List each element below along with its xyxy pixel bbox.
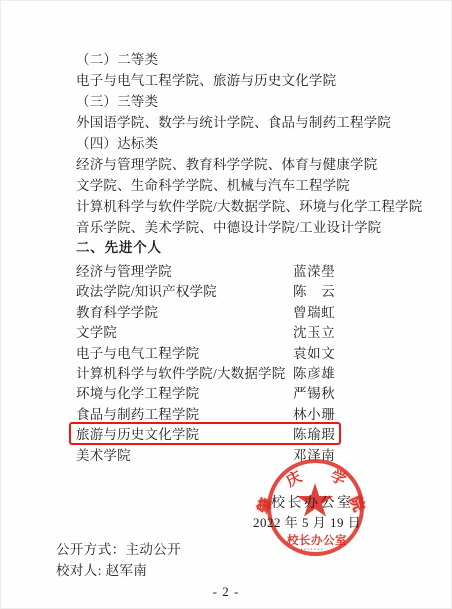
individuals-table: 经济与管理学院 蓝溁壆 政法学院/知识产权学院 陈 云 教育科学学院 曾瑞虹 文… (76, 260, 441, 464)
stamp-office-text: 校长办公室 (271, 492, 354, 512)
seal-bottom-marks: ••••••••• (294, 548, 324, 553)
award-recipients-line: 电子与电气工程学院、旅游与历史文化学院 (76, 69, 441, 90)
name-cell: 袁如文 (293, 342, 335, 362)
table-row: 经济与管理学院 蓝溁壆 (76, 260, 441, 280)
table-row: 食品与制药工程学院 林小珊 (76, 403, 441, 423)
name-cell: 陈彦雄 (293, 362, 335, 382)
stamp-date-text: 2022 年 5 月 19 日 (253, 512, 361, 531)
name-cell: 沈玉立 (293, 321, 335, 341)
table-row: 美术学院 邓泽南 (76, 443, 441, 463)
award-recipients-line: 计算机科学与软件学院/大数据学院、环境与化学工程学院 (76, 194, 441, 215)
table-row: 教育科学学院 曾瑞虹 (76, 301, 441, 321)
name-cell: 严锡秋 (293, 382, 335, 402)
name-cell: 蓝溁壆 (293, 260, 335, 280)
page-number: - 2 - (1, 584, 451, 600)
college-cell: 文学院 (76, 321, 293, 341)
award-recipients-line: 文学院、生命科学学院、机械与汽车工程学院 (76, 173, 441, 194)
award-recipients-line: 经济与管理学院、教育科学学院、体育与健康学院 (76, 152, 441, 173)
table-row: 计算机科学与软件学院/大数据学院 陈彦雄 (76, 362, 441, 382)
proofreader-line: 校对人: 赵军南 (56, 559, 147, 579)
seal-arc-char: 学 (327, 465, 349, 490)
award-recipients-line: 外国语学院、数学与统计学院、食品与制药工程学院 (76, 111, 441, 132)
college-cell: 政法学院/知识产权学院 (76, 280, 293, 300)
college-cell: 旅游与历史文化学院 (76, 423, 293, 443)
document-page: （二）二等类 电子与电气工程学院、旅游与历史文化学院 （三）三等类 外国语学院、… (0, 0, 452, 609)
award-tier-heading: （三）三等类 (76, 90, 441, 111)
table-row: 文学院 沈玉立 (76, 321, 441, 341)
name-cell: 陈 云 (293, 280, 335, 300)
college-cell: 环境与化学工程学院 (76, 382, 293, 402)
seal-arc-char: 庆 (282, 466, 305, 492)
college-cell: 经济与管理学院 (76, 260, 293, 280)
college-cell: 计算机科学与软件学院/大数据学院 (76, 362, 293, 382)
document-body: （二）二等类 电子与电气工程学院、旅游与历史文化学院 （三）三等类 外国语学院、… (76, 48, 441, 464)
individuals-section-heading: 二、先进个人 (76, 236, 441, 257)
college-cell: 教育科学学院 (76, 301, 293, 321)
award-tier-heading: （四）达标类 (76, 132, 441, 153)
college-cell: 美术学院 (76, 444, 293, 464)
award-recipients-line: 音乐学院、美术学院、中德设计学院/工业设计学院 (76, 215, 441, 236)
table-row: 电子与电气工程学院 袁如文 (76, 341, 441, 361)
name-cell: 陈瑜瑕 (293, 423, 335, 443)
award-tier-heading: （二）二等类 (76, 48, 441, 69)
name-cell: 曾瑞虹 (293, 301, 335, 321)
table-row: 政法学院/知识产权学院 陈 云 (76, 280, 441, 300)
name-cell: 林小珊 (293, 403, 335, 423)
college-cell: 食品与制药工程学院 (76, 403, 293, 423)
publicity-line: 公开方式：主动公开 (56, 538, 181, 558)
table-row: 环境与化学工程学院 严锡秋 (76, 382, 441, 402)
seal-office-label: 校长办公室 (287, 532, 347, 548)
name-cell: 邓泽南 (293, 444, 335, 464)
table-row-highlighted: 旅游与历史文化学院 陈瑜瑕 (76, 423, 441, 443)
college-cell: 电子与电气工程学院 (76, 342, 293, 362)
